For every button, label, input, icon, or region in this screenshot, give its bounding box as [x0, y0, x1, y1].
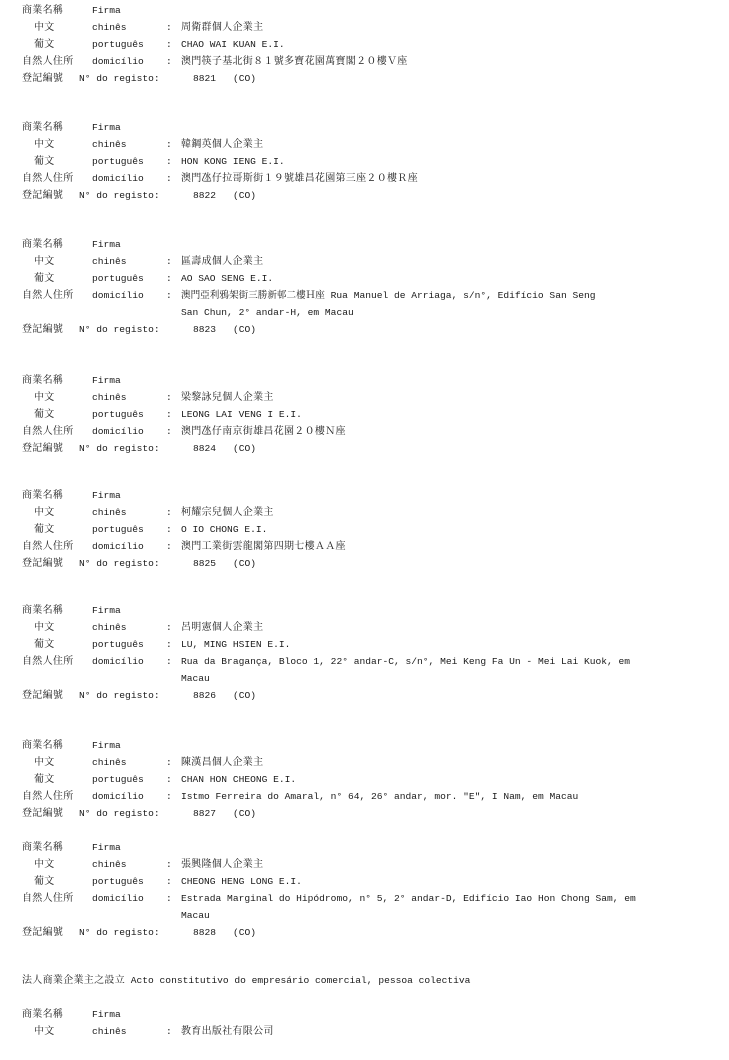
- firm-label-pt: Firma: [92, 236, 121, 253]
- registry-code: (CO): [233, 440, 256, 457]
- registry-code: (CO): [233, 70, 256, 87]
- registry-row: 登記編號 N° do registo: 8828 (CO): [0, 924, 729, 941]
- registry-row: 登記編號 N° do registo: 8822 (CO): [0, 187, 729, 204]
- domicile-row: 自然人住所 domicílio : 澳門工業街雲龍閣第四期七樓ＡＡ座: [0, 538, 729, 555]
- firm-label-zh: 商業名稱: [22, 1006, 63, 1023]
- portuguese-label-zh: 葡文: [34, 36, 55, 53]
- firm-label-pt: Firma: [92, 119, 121, 136]
- colon: :: [166, 538, 172, 555]
- registry-code: (CO): [233, 924, 256, 941]
- portuguese-name-row: 葡文 português : AO SAO SENG E.I.: [0, 270, 729, 287]
- firm-header-row: 商業名稱 Firma: [0, 1006, 729, 1023]
- registry-entry: 商業名稱 Firma 中文 chinês : 柯耀宗兒個人企業主 葡文 port…: [0, 487, 729, 572]
- section-heading: 法人商業企業主之設立 Acto constitutivo do empresár…: [22, 972, 470, 989]
- registry-number: 8827: [193, 805, 216, 822]
- portuguese-label-pt: português: [92, 521, 144, 538]
- registry-row: 登記編號 N° do registo: 8825 (CO): [0, 555, 729, 572]
- portuguese-label-pt: português: [92, 36, 144, 53]
- portuguese-label-zh: 葡文: [34, 771, 55, 788]
- colon: :: [166, 406, 172, 423]
- registry-label-zh: 登記編號: [22, 687, 63, 704]
- colon: :: [166, 504, 172, 521]
- colon: :: [166, 856, 172, 873]
- colon: :: [166, 287, 172, 304]
- portuguese-label-zh: 葡文: [34, 406, 55, 423]
- firm-header-row: 商業名稱 Firma: [0, 737, 729, 754]
- chinese-name-value: 韓鋼英個人企業主: [181, 136, 263, 153]
- registry-code: (CO): [233, 805, 256, 822]
- registry-label-pt: N° do registo:: [79, 687, 160, 704]
- registry-label-pt: N° do registo:: [79, 924, 160, 941]
- firm-label-zh: 商業名稱: [22, 602, 63, 619]
- colon: :: [166, 170, 172, 187]
- colon: :: [166, 136, 172, 153]
- chinese-name-row: 中文 chinês : 呂明憲個人企業主: [0, 619, 729, 636]
- portuguese-label-pt: português: [92, 636, 144, 653]
- registry-number: 8824: [193, 440, 216, 457]
- firm-label-zh: 商業名稱: [22, 737, 63, 754]
- registry-entry: 商業名稱 Firma 中文 chinês : 區壽成個人企業主 葡文 portu…: [0, 236, 729, 338]
- domicile-label-pt: domicílio: [92, 788, 144, 805]
- firm-label-pt: Firma: [92, 737, 121, 754]
- chinese-name-value: 張興隆個人企業主: [181, 856, 263, 873]
- chinese-label-pt: chinês: [92, 253, 127, 270]
- portuguese-name-value: CHAN HON CHEONG E.I.: [181, 771, 296, 788]
- registry-entry: 商業名稱 Firma 中文 chinês : 呂明憲個人企業主 葡文 portu…: [0, 602, 729, 704]
- colon: :: [166, 153, 172, 170]
- colon: :: [166, 890, 172, 907]
- domicile-value: Estrada Marginal do Hipódromo, n° 5, 2° …: [181, 890, 636, 907]
- firm-header-row: 商業名稱 Firma: [0, 487, 729, 504]
- portuguese-name-value: HON KONG IENG E.I.: [181, 153, 285, 170]
- chinese-name-value: 陳漢昌個人企業主: [181, 754, 263, 771]
- registry-label-zh: 登記編號: [22, 805, 63, 822]
- chinese-label-zh: 中文: [34, 504, 55, 521]
- firm-label-zh: 商業名稱: [22, 119, 63, 136]
- chinese-label-pt: chinês: [92, 754, 127, 771]
- registry-entry: 商業名稱 Firma 中文 chinês : 周衛群個人企業主 葡文 portu…: [0, 2, 729, 87]
- registry-number: 8825: [193, 555, 216, 572]
- registry-row: 登記編號 N° do registo: 8821 (CO): [0, 70, 729, 87]
- chinese-label-pt: chinês: [92, 19, 127, 36]
- registry-row: 登記編號 N° do registo: 8824 (CO): [0, 440, 729, 457]
- chinese-label-zh: 中文: [34, 136, 55, 153]
- portuguese-name-row: 葡文 português : CHAO WAI KUAN E.I.: [0, 36, 729, 53]
- colon: :: [166, 754, 172, 771]
- chinese-label-zh: 中文: [34, 754, 55, 771]
- registry-label-zh: 登記編號: [22, 440, 63, 457]
- portuguese-name-row: 葡文 português : O IO CHONG E.I.: [0, 521, 729, 538]
- registry-number: 8823: [193, 321, 216, 338]
- colon: :: [166, 873, 172, 890]
- domicile-value: 澳門亞利鴉架街三勝新邨二樓Ｈ座 Rua Manuel de Arriaga, s…: [181, 287, 596, 304]
- portuguese-label-pt: português: [92, 873, 144, 890]
- domicile-value-continued: Macau: [181, 907, 210, 924]
- portuguese-name-value: CHAO WAI KUAN E.I.: [181, 36, 285, 53]
- domicile-continuation-row: Macau: [0, 907, 729, 924]
- registry-label-zh: 登記編號: [22, 321, 63, 338]
- domicile-row: 自然人住所 domicílio : 澳門氹仔南京街雄昌花園２０樓Ｎ座: [0, 423, 729, 440]
- chinese-label-pt: chinês: [92, 389, 127, 406]
- registry-label-pt: N° do registo:: [79, 805, 160, 822]
- registry-label-pt: N° do registo:: [79, 555, 160, 572]
- portuguese-label-zh: 葡文: [34, 873, 55, 890]
- chinese-name-value: 教育出版社有限公司: [181, 1023, 274, 1040]
- chinese-label-zh: 中文: [34, 19, 55, 36]
- portuguese-label-pt: português: [92, 270, 144, 287]
- colon: :: [166, 389, 172, 406]
- registry-code: (CO): [233, 687, 256, 704]
- chinese-label-pt: chinês: [92, 856, 127, 873]
- firm-label-pt: Firma: [92, 2, 121, 19]
- firm-header-row: 商業名稱 Firma: [0, 372, 729, 389]
- domicile-label-pt: domicílio: [92, 653, 144, 670]
- colon: :: [166, 771, 172, 788]
- portuguese-label-pt: português: [92, 771, 144, 788]
- colon: :: [166, 423, 172, 440]
- portuguese-name-value: AO SAO SENG E.I.: [181, 270, 273, 287]
- colon: :: [166, 270, 172, 287]
- registry-row: 登記編號 N° do registo: 8826 (CO): [0, 687, 729, 704]
- registry-label-pt: N° do registo:: [79, 187, 160, 204]
- domicile-value-continued: San Chun, 2° andar-H, em Macau: [181, 304, 354, 321]
- firm-label-zh: 商業名稱: [22, 2, 63, 19]
- colon: :: [166, 788, 172, 805]
- chinese-name-row: 中文 chinês : 韓鋼英個人企業主: [0, 136, 729, 153]
- domicile-row: 自然人住所 domicílio : Rua da Bragança, Bloco…: [0, 653, 729, 670]
- domicile-value: 澳門工業街雲龍閣第四期七樓ＡＡ座: [181, 538, 346, 555]
- portuguese-name-row: 葡文 português : CHEONG HENG LONG E.I.: [0, 873, 729, 890]
- registry-row: 登記編號 N° do registo: 8823 (CO): [0, 321, 729, 338]
- domicile-label-pt: domicílio: [92, 423, 144, 440]
- domicile-label-zh: 自然人住所: [22, 287, 74, 304]
- firm-header-row: 商業名稱 Firma: [0, 236, 729, 253]
- domicile-row: 自然人住所 domicílio : 澳門氹仔拉哥斯街１９號雄昌花園第三座２０樓Ｒ…: [0, 170, 729, 187]
- portuguese-name-row: 葡文 português : HON KONG IENG E.I.: [0, 153, 729, 170]
- chinese-label-zh: 中文: [34, 389, 55, 406]
- firm-header-row: 商業名稱 Firma: [0, 119, 729, 136]
- firm-label-zh: 商業名稱: [22, 236, 63, 253]
- domicile-value: Rua da Bragança, Bloco 1, 22° andar-C, s…: [181, 653, 630, 670]
- domicile-label-zh: 自然人住所: [22, 653, 74, 670]
- colon: :: [166, 653, 172, 670]
- registry-number: 8821: [193, 70, 216, 87]
- domicile-value-continued: Macau: [181, 670, 210, 687]
- domicile-row: 自然人住所 domicílio : Istmo Ferreira do Amar…: [0, 788, 729, 805]
- domicile-continuation-row: San Chun, 2° andar-H, em Macau: [0, 304, 729, 321]
- domicile-row: 自然人住所 domicílio : 澳門筷子基北街８１號多寶花園萬寶閣２０樓Ｖ座: [0, 53, 729, 70]
- portuguese-name-value: LEONG LAI VENG I E.I.: [181, 406, 302, 423]
- domicile-value: 澳門氹仔拉哥斯街１９號雄昌花園第三座２０樓Ｒ座: [181, 170, 418, 187]
- registry-label-zh: 登記編號: [22, 187, 63, 204]
- portuguese-label-zh: 葡文: [34, 521, 55, 538]
- chinese-name-value: 梁黎詠兒個人企業主: [181, 389, 274, 406]
- portuguese-label-zh: 葡文: [34, 636, 55, 653]
- firm-label-zh: 商業名稱: [22, 487, 63, 504]
- registry-entry: 商業名稱 Firma 中文 chinês : 張興隆個人企業主 葡文 portu…: [0, 839, 729, 941]
- chinese-label-zh: 中文: [34, 253, 55, 270]
- registry-label-pt: N° do registo:: [79, 70, 160, 87]
- domicile-row: 自然人住所 domicílio : Estrada Marginal do Hi…: [0, 890, 729, 907]
- registry-row: 登記編號 N° do registo: 8827 (CO): [0, 805, 729, 822]
- portuguese-name-value: LU, MING HSIEN E.I.: [181, 636, 290, 653]
- registry-entry: 商業名稱 Firma 中文 chinês : 教育出版社有限公司: [0, 1006, 729, 1040]
- registry-code: (CO): [233, 321, 256, 338]
- firm-label-pt: Firma: [92, 372, 121, 389]
- colon: :: [166, 521, 172, 538]
- domicile-label-zh: 自然人住所: [22, 170, 74, 187]
- colon: :: [166, 619, 172, 636]
- registry-entry: 商業名稱 Firma 中文 chinês : 韓鋼英個人企業主 葡文 portu…: [0, 119, 729, 204]
- chinese-name-value: 柯耀宗兒個人企業主: [181, 504, 274, 521]
- domicile-continuation-row: Macau: [0, 670, 729, 687]
- registry-number: 8828: [193, 924, 216, 941]
- portuguese-label-zh: 葡文: [34, 153, 55, 170]
- chinese-label-zh: 中文: [34, 1023, 55, 1040]
- chinese-name-row: 中文 chinês : 教育出版社有限公司: [0, 1023, 729, 1040]
- portuguese-name-row: 葡文 português : LEONG LAI VENG I E.I.: [0, 406, 729, 423]
- registry-code: (CO): [233, 187, 256, 204]
- chinese-name-row: 中文 chinês : 陳漢昌個人企業主: [0, 754, 729, 771]
- firm-label-pt: Firma: [92, 1006, 121, 1023]
- domicile-value: 澳門氹仔南京街雄昌花園２０樓Ｎ座: [181, 423, 346, 440]
- domicile-label-zh: 自然人住所: [22, 423, 74, 440]
- chinese-name-row: 中文 chinês : 柯耀宗兒個人企業主: [0, 504, 729, 521]
- portuguese-label-zh: 葡文: [34, 270, 55, 287]
- registry-label-zh: 登記編號: [22, 924, 63, 941]
- domicile-label-pt: domicílio: [92, 890, 144, 907]
- chinese-label-zh: 中文: [34, 856, 55, 873]
- chinese-label-pt: chinês: [92, 619, 127, 636]
- firm-header-row: 商業名稱 Firma: [0, 602, 729, 619]
- chinese-name-row: 中文 chinês : 梁黎詠兒個人企業主: [0, 389, 729, 406]
- chinese-name-row: 中文 chinês : 周衛群個人企業主: [0, 19, 729, 36]
- registry-entry: 商業名稱 Firma 中文 chinês : 梁黎詠兒個人企業主 葡文 port…: [0, 372, 729, 457]
- chinese-label-pt: chinês: [92, 504, 127, 521]
- domicile-label-pt: domicílio: [92, 287, 144, 304]
- chinese-name-value: 呂明憲個人企業主: [181, 619, 263, 636]
- colon: :: [166, 1023, 172, 1040]
- firm-header-row: 商業名稱 Firma: [0, 2, 729, 19]
- registry-label-zh: 登記編號: [22, 70, 63, 87]
- portuguese-name-value: O IO CHONG E.I.: [181, 521, 267, 538]
- firm-label-pt: Firma: [92, 487, 121, 504]
- chinese-label-zh: 中文: [34, 619, 55, 636]
- colon: :: [166, 253, 172, 270]
- domicile-label-pt: domicílio: [92, 53, 144, 70]
- chinese-label-pt: chinês: [92, 136, 127, 153]
- firm-label-pt: Firma: [92, 839, 121, 856]
- registry-number: 8826: [193, 687, 216, 704]
- domicile-label-pt: domicílio: [92, 538, 144, 555]
- portuguese-name-row: 葡文 português : CHAN HON CHEONG E.I.: [0, 771, 729, 788]
- domicile-value: 澳門筷子基北街８１號多寶花園萬寶閣２０樓Ｖ座: [181, 53, 408, 70]
- domicile-value: Istmo Ferreira do Amaral, n° 64, 26° and…: [181, 788, 578, 805]
- chinese-label-pt: chinês: [92, 1023, 127, 1040]
- domicile-row: 自然人住所 domicílio : 澳門亞利鴉架街三勝新邨二樓Ｈ座 Rua Ma…: [0, 287, 729, 304]
- colon: :: [166, 636, 172, 653]
- firm-label-pt: Firma: [92, 602, 121, 619]
- registry-entry: 商業名稱 Firma 中文 chinês : 陳漢昌個人企業主 葡文 portu…: [0, 737, 729, 822]
- registry-label-pt: N° do registo:: [79, 321, 160, 338]
- registry-number: 8822: [193, 187, 216, 204]
- colon: :: [166, 53, 172, 70]
- firm-label-zh: 商業名稱: [22, 372, 63, 389]
- colon: :: [166, 19, 172, 36]
- section-heading-pt: Acto constitutivo do empresário comercia…: [131, 975, 471, 986]
- chinese-name-value: 區壽成個人企業主: [181, 253, 263, 270]
- registry-label-pt: N° do registo:: [79, 440, 160, 457]
- section-heading-zh: 法人商業企業主之設立: [22, 975, 125, 986]
- chinese-name-value: 周衛群個人企業主: [181, 19, 263, 36]
- registry-code: (CO): [233, 555, 256, 572]
- portuguese-label-pt: português: [92, 406, 144, 423]
- domicile-label-zh: 自然人住所: [22, 538, 74, 555]
- portuguese-name-value: CHEONG HENG LONG E.I.: [181, 873, 302, 890]
- portuguese-name-row: 葡文 português : LU, MING HSIEN E.I.: [0, 636, 729, 653]
- chinese-name-row: 中文 chinês : 張興隆個人企業主: [0, 856, 729, 873]
- portuguese-label-pt: português: [92, 153, 144, 170]
- colon: :: [166, 36, 172, 53]
- domicile-label-pt: domicílio: [92, 170, 144, 187]
- domicile-label-zh: 自然人住所: [22, 53, 74, 70]
- registry-label-zh: 登記編號: [22, 555, 63, 572]
- firm-header-row: 商業名稱 Firma: [0, 839, 729, 856]
- firm-label-zh: 商業名稱: [22, 839, 63, 856]
- domicile-label-zh: 自然人住所: [22, 890, 74, 907]
- domicile-label-zh: 自然人住所: [22, 788, 74, 805]
- chinese-name-row: 中文 chinês : 區壽成個人企業主: [0, 253, 729, 270]
